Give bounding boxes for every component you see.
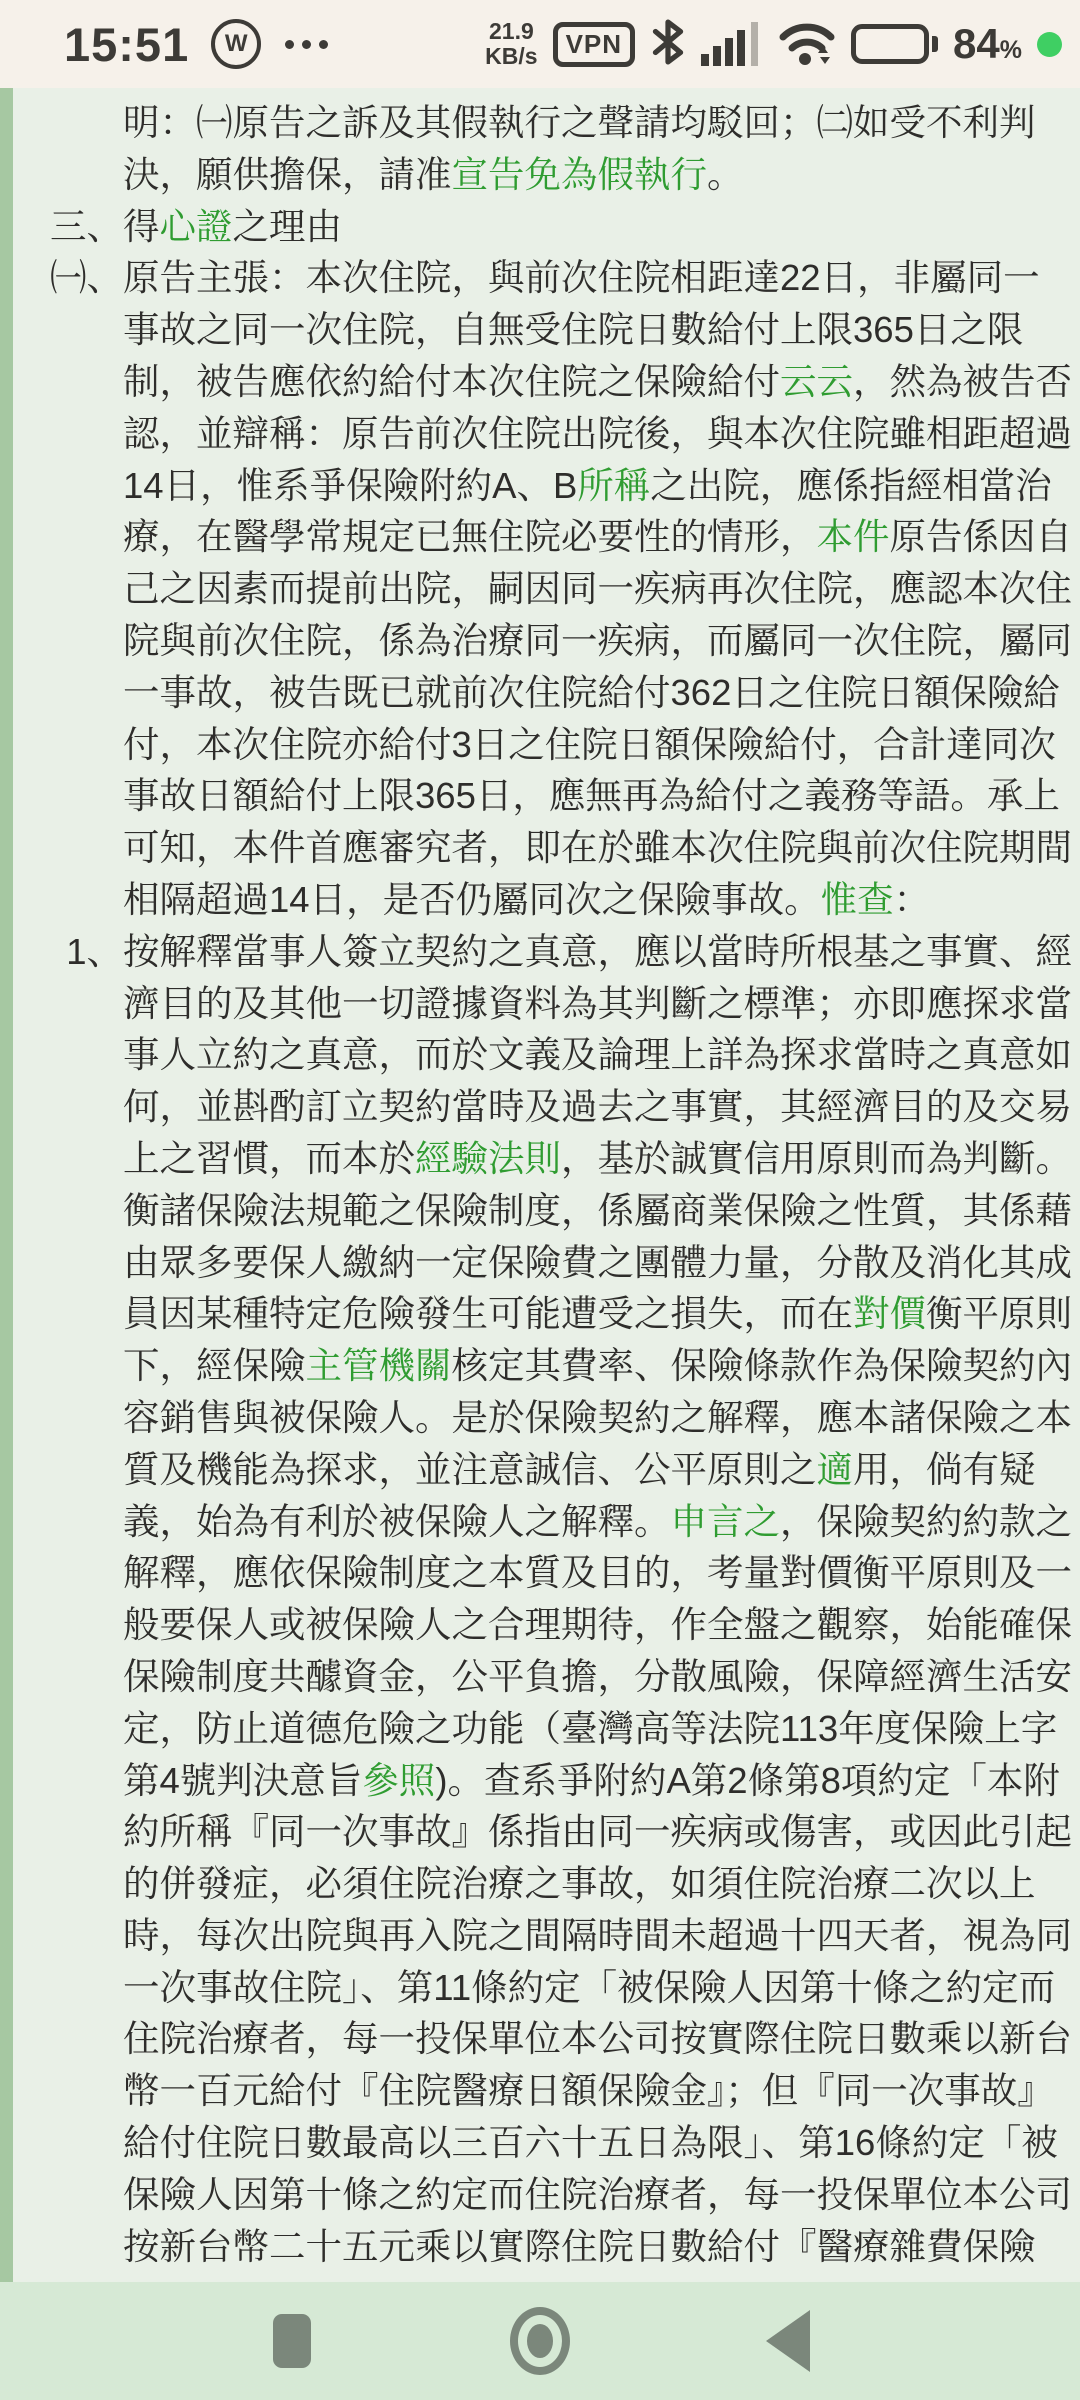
text-line: 容銷售與被保險人。是於保險契約之解釋，應本諸保險之本: [0, 1392, 1080, 1444]
text-line: 一次事故住院」、第11條約定「被保險人因第十條之約定而: [0, 1962, 1080, 2014]
text-line: 制，被告應依約給付本次住院之保險給付云云，然為被告否: [0, 356, 1080, 408]
text-segment: 保險制度共醵資金，公平負擔，分散風險，保障經濟生活安: [123, 1656, 1072, 1697]
status-bar: 15:51 W 21.9 KB/s VPN: [0, 0, 1080, 88]
text-segment: 己之因素而提前出院，嗣因同一疾病再次住院，應認本次住: [123, 568, 1072, 609]
legal-term-link[interactable]: 本件: [817, 516, 890, 557]
document-viewer[interactable]: 明：㈠原告之訴及其假執行之聲請均駁回；㈡如受不利判決，願供擔保，請准宣告免為假執…: [0, 88, 1080, 2282]
text-line: 決，願供擔保，請准宣告免為假執行。: [0, 149, 1080, 201]
text-line: 付，本次住院亦給付3日之住院日額保險給付，合計達同次: [0, 719, 1080, 771]
more-notifications-icon: [285, 40, 328, 49]
text-line: 衡諸保險法規範之保險制度，係屬商業保險之性質，其係藉: [0, 1185, 1080, 1237]
text-line: 三、得心證之理由: [0, 201, 1080, 253]
text-segment: 約所稱『同一次事故』係指由同一疾病或傷害，或因此引起: [123, 1811, 1072, 1852]
text-line: 下，經保險主管機關核定其費率、保險條款作為保險契約內: [0, 1340, 1080, 1392]
text-segment: 質及機能為探求，並注意誠信、公平原則之: [123, 1449, 817, 1490]
text-segment: 原告主張：本次住院，與前次住院相距達22日，非屬同一: [123, 257, 1040, 298]
network-speed-indicator: 21.9 KB/s: [485, 19, 537, 69]
text-line: 由眾多要保人繳納一定保險費之團體力量，分散及消化其成: [0, 1237, 1080, 1289]
text-line: ㈠、原告主張：本次住院，與前次住院相距達22日，非屬同一: [0, 252, 1080, 304]
text-segment: 相隔超過14日，是否仍屬同次之保險事故。: [123, 879, 821, 920]
legal-term-link[interactable]: 對價: [853, 1293, 926, 1334]
text-line: 院與前次住院，係為治療同一疾病，而屬同一次住院，屬同: [0, 615, 1080, 667]
text-segment: 原告係因自: [890, 516, 1073, 557]
text-line: 約所稱『同一次事故』係指由同一疾病或傷害，或因此引起: [0, 1806, 1080, 1858]
text-segment: 付，本次住院亦給付3日之住院日額保險給付，合計達同次: [123, 724, 1056, 765]
text-line: 相隔超過14日，是否仍屬同次之保險事故。惟查：: [0, 874, 1080, 926]
text-line: 保險人因第十條之約定而住院治療者，每一投保單位本公司: [0, 2169, 1080, 2221]
text-segment: 院與前次住院，係為治療同一疾病，而屬同一次住院，屬同: [123, 620, 1072, 661]
phone-screen: 15:51 W 21.9 KB/s VPN: [0, 0, 1080, 2400]
text-line: 事故日額給付上限365日，應無再為給付之義務等語。承上: [0, 770, 1080, 822]
text-segment: 第4號判決意旨: [123, 1760, 362, 1801]
list-marker: 1、: [0, 926, 123, 978]
text-line: 何，並斟酌訂立契約當時及過去之事實，其經濟目的及交易: [0, 1081, 1080, 1133]
text-segment: 的併發症，必須住院治療之事故，如須住院治療二次以上: [123, 1863, 1036, 1904]
text-segment: 可知，本件首應審究者，即在於雖本次住院與前次住院期間: [123, 827, 1072, 868]
network-speed-unit: KB/s: [485, 43, 537, 69]
text-line: 時，每次出院與再入院之間隔時間未超過十四天者，視為同: [0, 1910, 1080, 1962]
notification-dot-icon: [1037, 32, 1062, 57]
text-line: 員因某種特定危險發生可能遭受之損失，而在對價衡平原則: [0, 1288, 1080, 1340]
legal-term-link[interactable]: 宣告免為假執行: [452, 154, 708, 195]
recents-button[interactable]: [262, 2306, 322, 2376]
text-segment: 容銷售與被保險人。是於保險契約之解釋，應本諸保險之本: [123, 1397, 1072, 1438]
text-segment: )。查系爭附約A第2條第8項約定「本附: [435, 1760, 1060, 1801]
back-triangle-icon: [766, 2310, 810, 2372]
text-segment: 義，始為有利於被保險人之解釋。: [123, 1501, 671, 1542]
battery-percent-text: 84%: [953, 20, 1022, 68]
document-text: 明：㈠原告之訴及其假執行之聲請均駁回；㈡如受不利判決，願供擔保，請准宣告免為假執…: [0, 97, 1080, 2272]
legal-term-link[interactable]: 惟查: [821, 879, 894, 920]
text-segment: 衡平原則: [926, 1293, 1072, 1334]
text-segment: 保險人因第十條之約定而住院治療者，每一投保單位本公司: [123, 2174, 1072, 2215]
text-segment: 認，並辯稱：原告前次住院出院後，與本次住院雖相距超過: [123, 413, 1072, 454]
text-segment: ，基於誠實信用原則而為判斷。: [561, 1138, 1072, 1179]
text-segment: 得: [123, 206, 160, 247]
text-segment: 14日，惟系爭保險附約A、B: [123, 465, 577, 506]
text-segment: ：: [894, 879, 931, 920]
legal-term-link[interactable]: 云云: [780, 361, 853, 402]
text-segment: 用，倘有疑: [853, 1449, 1036, 1490]
text-line: 認，並辯稱：原告前次住院出院後，與本次住院雖相距超過: [0, 408, 1080, 460]
network-speed-value: 21.9: [489, 18, 534, 44]
text-segment: 定，防止道德危險之功能（臺灣高等法院113年度保險上字: [123, 1708, 1057, 1749]
text-segment: 按解釋當事人簽立契約之真意，應以當時所根基之事實、經: [123, 931, 1072, 972]
battery-icon: [851, 24, 938, 64]
text-line: 保險制度共醵資金，公平負擔，分散風險，保障經濟生活安: [0, 1651, 1080, 1703]
clock-text: 15:51: [64, 17, 189, 72]
text-line: 幣一百元給付『住院醫療日額保險金』；但『同一次事故』: [0, 2065, 1080, 2117]
text-segment: 療，在醫學常規定已無住院必要性的情形，: [123, 516, 817, 557]
legal-term-link[interactable]: 經驗法則: [415, 1138, 561, 1179]
text-line: 事故之同一次住院，自無受住院日數給付上限365日之限: [0, 304, 1080, 356]
text-segment: 幣一百元給付『住院醫療日額保險金』；但『同一次事故』: [123, 2070, 1054, 2111]
text-line: 療，在醫學常規定已無住院必要性的情形，本件原告係因自: [0, 511, 1080, 563]
text-segment: 給付住院日數最高以三百六十五日為限」、第16條約定「被: [123, 2122, 1058, 2163]
bluetooth-icon: [650, 19, 686, 70]
text-segment: 時，每次出院與再入院之間隔時間未超過十四天者，視為同: [123, 1915, 1072, 1956]
text-segment: 一事故，被告既已就前次住院給付362日之住院日額保險給: [123, 672, 1060, 713]
android-nav-bar: [0, 2282, 1080, 2400]
text-segment: 事人立約之真意，而於文義及論理上詳為探求當時之真意如: [123, 1034, 1072, 1075]
text-line: 濟目的及其他一切證據資料為其判斷之標準；亦即應探求當: [0, 978, 1080, 1030]
text-segment: 明：㈠原告之訴及其假執行之聲請均駁回；㈡如受不利判: [123, 102, 1036, 143]
home-circle-icon: [510, 2307, 570, 2375]
text-segment: 解釋，應依保險制度之本質及目的，考量對價衡平原則及一: [123, 1552, 1072, 1593]
text-segment: 衡諸保險法規範之保險制度，係屬商業保險之性質，其係藉: [123, 1190, 1072, 1231]
text-segment: 下，經保險: [123, 1345, 306, 1386]
text-segment: 般要保人或被保險人之合理期待，作全盤之觀察，始能確保: [123, 1604, 1072, 1645]
text-line: 按新台幣二十五元乘以實際住院日數給付『醫療雜費保險: [0, 2221, 1080, 2273]
text-segment: 決，願供擔保，請准: [123, 154, 452, 195]
text-line: 住院治療者，每一投保單位本公司按實際住院日數乘以新台: [0, 2013, 1080, 2065]
text-segment: 事故日額給付上限365日，應無再為給付之義務等語。承上: [123, 775, 1060, 816]
cellular-signal-icon: [701, 18, 763, 71]
text-line: 解釋，應依保險制度之本質及目的，考量對價衡平原則及一: [0, 1547, 1080, 1599]
legal-term-link[interactable]: 適: [817, 1449, 854, 1490]
list-marker: 三、: [0, 201, 123, 253]
home-button[interactable]: [510, 2306, 570, 2376]
text-segment: 按新台幣二十五元乘以實際住院日數給付『醫療雜費保險: [123, 2226, 1036, 2267]
notification-app-w-icon: W: [211, 19, 261, 69]
text-segment: 上之習慣，而本於: [123, 1138, 415, 1179]
legal-term-link[interactable]: 參照: [362, 1760, 435, 1801]
recents-square-icon: [273, 2314, 311, 2368]
wifi-icon: [778, 17, 836, 72]
text-segment: 員因某種特定危險發生可能遭受之損失，而在: [123, 1293, 853, 1334]
text-line: 可知，本件首應審究者，即在於雖本次住院與前次住院期間: [0, 822, 1080, 874]
text-segment: 制，被告應依約給付本次住院之保險給付: [123, 361, 780, 402]
text-line: 上之習慣，而本於經驗法則，基於誠實信用原則而為判斷。: [0, 1133, 1080, 1185]
text-line: 的併發症，必須住院治療之事故，如須住院治療二次以上: [0, 1858, 1080, 1910]
legal-term-link[interactable]: 主管機關: [306, 1345, 452, 1386]
text-segment: 濟目的及其他一切證據資料為其判斷之標準；亦即應探求當: [123, 983, 1072, 1024]
text-line: 明：㈠原告之訴及其假執行之聲請均駁回；㈡如受不利判: [0, 97, 1080, 149]
status-bar-left: 15:51 W: [64, 17, 328, 72]
text-line: 定，防止道德危險之功能（臺灣高等法院113年度保險上字: [0, 1703, 1080, 1755]
legal-term-link[interactable]: 所稱: [577, 465, 650, 506]
text-segment: 。: [707, 154, 744, 195]
legal-term-link[interactable]: 申言之: [671, 1501, 781, 1542]
text-line: 一事故，被告既已就前次住院給付362日之住院日額保險給: [0, 667, 1080, 719]
text-line: 事人立約之真意，而於文義及論理上詳為探求當時之真意如: [0, 1029, 1080, 1081]
text-segment: 由眾多要保人繳納一定保險費之團體力量，分散及消化其成: [123, 1242, 1072, 1283]
text-line: 質及機能為探求，並注意誠信、公平原則之適用，倘有疑: [0, 1444, 1080, 1496]
status-bar-right: 21.9 KB/s VPN: [485, 17, 1062, 72]
text-line: 義，始為有利於被保險人之解釋。申言之，保險契約約款之: [0, 1496, 1080, 1548]
text-segment: 之理由: [233, 206, 343, 247]
w-badge-letter: W: [225, 30, 248, 58]
vpn-badge-icon: VPN: [553, 22, 635, 67]
text-segment: 一次事故住院」、第11條約定「被保險人因第十條之約定而: [123, 1967, 1055, 2008]
text-line: 給付住院日數最高以三百六十五日為限」、第16條約定「被: [0, 2117, 1080, 2169]
text-segment: 住院治療者，每一投保單位本公司按實際住院日數乘以新台: [123, 2018, 1072, 2059]
text-line: 第4號判決意旨參照)。查系爭附約A第2條第8項約定「本附: [0, 1755, 1080, 1807]
text-line: 般要保人或被保險人之合理期待，作全盤之觀察，始能確保: [0, 1599, 1080, 1651]
legal-term-link[interactable]: 心證: [160, 206, 233, 247]
text-line: 14日，惟系爭保險附約A、B所稱之出院，應係指經相當治: [0, 460, 1080, 512]
text-segment: 事故之同一次住院，自無受住院日數給付上限365日之限: [123, 309, 1023, 350]
text-line: 己之因素而提前出院，嗣因同一疾病再次住院，應認本次住: [0, 563, 1080, 615]
back-button[interactable]: [758, 2306, 818, 2376]
text-segment: ，然為被告否: [853, 361, 1072, 402]
text-segment: ，保險契約約款之: [780, 1501, 1072, 1542]
text-segment: 核定其費率、保險條款作為保險契約內: [452, 1345, 1073, 1386]
text-line: 1、按解釋當事人簽立契約之真意，應以當時所根基之事實、經: [0, 926, 1080, 978]
list-marker: ㈠、: [0, 252, 123, 304]
text-segment: 之出院，應係指經相當治: [650, 465, 1052, 506]
text-segment: 何，並斟酌訂立契約當時及過去之事實，其經濟目的及交易: [123, 1086, 1072, 1127]
